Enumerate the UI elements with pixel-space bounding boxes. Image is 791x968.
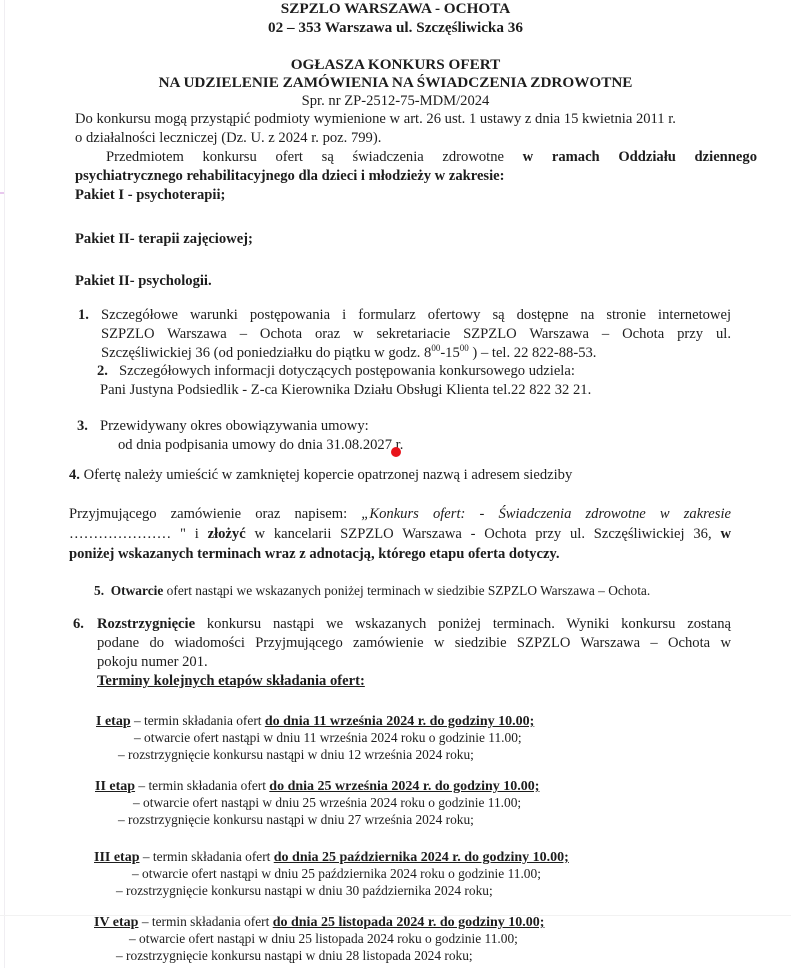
item-6-line-1: Rozstrzygnięcie konkursu nastąpi we wska… xyxy=(97,615,731,633)
title-line-1: OGŁASZA KONKURS OFERT xyxy=(0,56,791,74)
item-4-text: Ofertę należy umieścić w zamkniętej kope… xyxy=(80,467,572,483)
item-4-line-1: 4. Ofertę należy umieścić w zamkniętej k… xyxy=(69,466,572,484)
item-6-bold: Rozstrzygnięcie xyxy=(97,616,195,632)
stage-deadline: do dnia 11 września 2024 r. do godziny 1… xyxy=(265,714,534,729)
package-3: Pakiet II- psychologii. xyxy=(75,272,212,290)
package-2: Pakiet II- terapii zajęciowej; xyxy=(75,230,253,248)
stage-label: I etap xyxy=(96,714,131,729)
stage-opening: – otwarcie ofert nastąpi w dniu 25 wrześ… xyxy=(133,794,521,812)
stage-opening: – otwarcie ofert nastąpi w dniu 11 wrześ… xyxy=(134,729,522,747)
hours-text: Szczęśliwickiej 36 (od poniedziałku do p… xyxy=(101,345,431,361)
stage-lead: – termin składania ofert xyxy=(140,849,274,864)
stage-label: IV etap xyxy=(94,915,138,930)
item-2-line-2: Pani Justyna Podsiedlik - Z-ca Kierownik… xyxy=(100,381,591,399)
hours-end: -15 xyxy=(440,345,459,361)
item-5-bold: Otwarcie xyxy=(111,583,164,598)
stage-resolution: – rozstrzygnięcie konkursu nastąpi w dni… xyxy=(116,882,493,900)
item-6-number: 6. xyxy=(73,615,84,633)
intro-line-1: Do konkursu mogą przystąpić podmioty wym… xyxy=(75,110,676,128)
title-line-2: NA UDZIELENIE ZAMÓWIENIA NA ŚWIADCZENIA … xyxy=(0,74,791,92)
hours-sup-end: 00 xyxy=(460,343,469,353)
stage-lead: – termin składania ofert xyxy=(138,914,272,929)
w-bold: w xyxy=(720,526,731,542)
stage-resolution: – rozstrzygnięcie konkursu nastąpi w dni… xyxy=(118,746,474,764)
subject-line-2: psychiatrycznego rehabilitacyjnego dla d… xyxy=(75,167,505,185)
item-5-text: ofert nastąpi we wskazanych poniżej term… xyxy=(163,583,650,598)
item-6-line-3: pokoju numer 201. xyxy=(97,653,208,671)
office-text: w kancelarii SZPZLO Warszawa - Ochota pr… xyxy=(246,526,721,542)
envelope-label-italic: „Konkurs ofert: - Świadczenia zdrowotne … xyxy=(361,506,731,522)
phone-text: ) – tel. 22 822-88-53. xyxy=(469,345,597,361)
item-1-line-3: Szczęśliwickiej 36 (od poniedziałku do p… xyxy=(101,344,596,362)
stage-label: III etap xyxy=(94,850,140,865)
stage-lead: – termin składania ofert xyxy=(135,778,269,793)
stage-deadline: do dnia 25 października 2024 r. do godzi… xyxy=(274,850,569,865)
item-1-line-2: SZPZLO Warszawa – Ochota oraz w sekretar… xyxy=(101,325,731,343)
package-1: Pakiet I - psychoterapii; xyxy=(75,186,225,204)
subject-bold: w ramach Oddziału dziennego xyxy=(523,149,757,165)
stages-heading: Terminy kolejnych etapów składania ofert… xyxy=(97,672,365,690)
submit-word: złożyć xyxy=(208,526,246,542)
scan-edge-line xyxy=(4,0,5,968)
item-4-line-4: poniżej wskazanych terminach wraz z adno… xyxy=(69,545,560,563)
stage-resolution: – rozstrzygnięcie konkursu nastąpi w dni… xyxy=(118,811,474,829)
item-3-line-2: od dnia podpisania umowy do dnia 31.08.2… xyxy=(118,436,403,454)
item-1-number: 1. xyxy=(78,306,89,324)
envelope-label-text: Przyjmującego zamówienie oraz napisem: xyxy=(69,506,361,522)
stage-deadline: do dnia 25 września 2024 r. do godziny 1… xyxy=(269,779,539,794)
item-6-line-2: podane do wiadomości Przyjmującego zamów… xyxy=(97,634,731,652)
hours-sup-start: 00 xyxy=(431,343,440,353)
subject-plain: Przedmiotem konkursu ofert są świadczeni… xyxy=(106,149,523,165)
stage-opening: – otwarcie ofert nastąpi w dniu 25 listo… xyxy=(129,930,518,948)
item-3-number: 3. xyxy=(77,417,88,435)
stage-resolution: – rozstrzygnięcie konkursu nastąpi w dni… xyxy=(116,947,473,965)
subject-line-1: Przedmiotem konkursu ofert są świadczeni… xyxy=(106,148,757,166)
item-5-number: 5. xyxy=(94,583,104,598)
dots-placeholder: ………………… " i xyxy=(69,526,208,542)
item-4-line-2: Przyjmującego zamówienie oraz napisem: „… xyxy=(69,505,731,523)
item-4-line-3: ………………… " i złożyć w kancelarii SZPZLO W… xyxy=(69,525,731,543)
red-marker-dot xyxy=(391,447,401,457)
stage-lead: – termin składania ofert xyxy=(131,713,265,728)
reference-number: Spr. nr ZP-2512-75-MDM/2024 xyxy=(0,92,791,110)
item-2-line-1: Szczegółowych informacji dotyczących pos… xyxy=(119,362,575,380)
org-address: 02 – 353 Warszawa ul. Szczęśliwicka 36 xyxy=(0,19,791,37)
intro-line-2: o działalności leczniczej (Dz. U. z 2024… xyxy=(75,129,381,147)
document-page: SZPZLO WARSZAWA - OCHOTA 02 – 353 Warsza… xyxy=(0,0,791,968)
item-3-line-1: Przewidywany okres obowiązywania umowy: xyxy=(100,417,369,435)
org-name: SZPZLO WARSZAWA - OCHOTA xyxy=(0,0,791,18)
item-5-line: 5. Otwarcie ofert nastąpi we wskazanych … xyxy=(94,582,650,600)
stage-label: II etap xyxy=(95,779,135,794)
item-1-line-1: Szczegółowe warunki postępowania i formu… xyxy=(101,306,731,324)
stage-opening: – otwarcie ofert nastąpi w dniu 25 paźdz… xyxy=(132,865,541,883)
item-4-number: 4. xyxy=(69,467,80,483)
item-2-number: 2. xyxy=(97,362,108,380)
item-6-text: konkursu nastąpi we wskazanych poniżej t… xyxy=(195,616,731,632)
scan-edge-mark xyxy=(0,192,4,194)
stage-deadline: do dnia 25 listopada 2024 r. do godziny … xyxy=(273,915,545,930)
